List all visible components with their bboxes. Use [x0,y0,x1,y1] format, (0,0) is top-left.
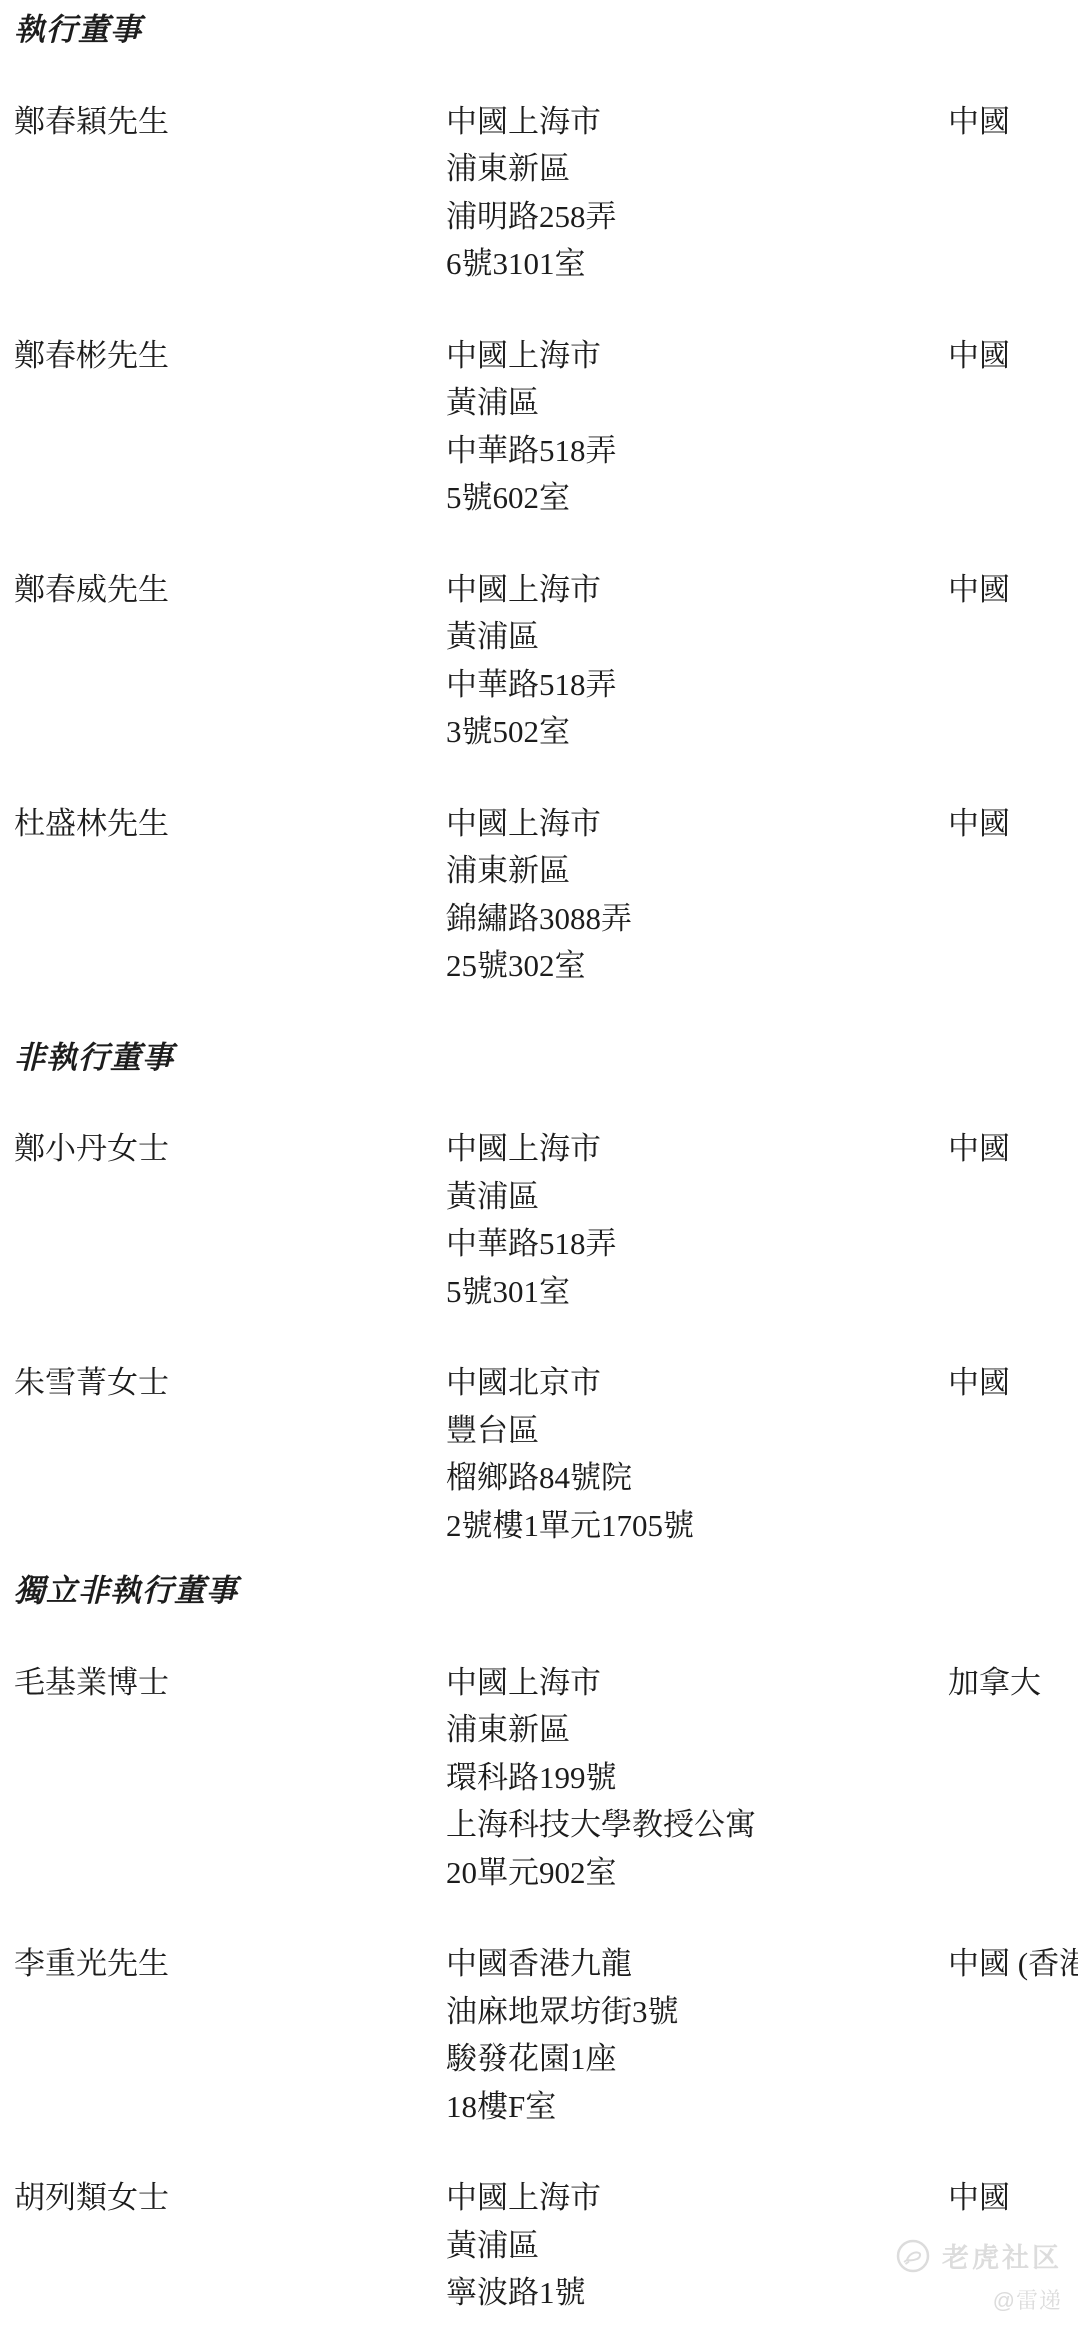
director-name: 鄭春彬先生 [14,332,446,380]
director-nationality: 中國 [948,1125,1078,1173]
director-address: 中國上海市浦東新區錦繡路3088弄25號302室 [446,800,948,990]
address-line: 中華路518弄 [446,661,948,709]
director-name: 鄭春威先生 [14,566,446,614]
director-nationality: 中國 [948,566,1078,614]
address-line: 浦東新區 [446,847,948,895]
director-row: 朱雪菁女士 中國北京市豐台區榴鄉路84號院2號樓1單元1705號 中國 [14,1359,1078,1549]
address-line: 中國上海市 [446,1659,948,1707]
address-line: 中國上海市 [446,2174,948,2222]
address-line: 5號301室 [446,1268,948,1316]
address-line: 黃浦區 [446,613,948,661]
director-row: 李重光先生 中國香港九龍油麻地眾坊街3號駿發花園1座18樓F室 中國 (香港 [14,1940,1078,2130]
director-nationality: 加拿大 [948,1659,1078,1707]
section-rows: 鄭小丹女士 中國上海市黃浦區中華路518弄5號301室 中國 朱雪菁女士 中國北… [14,1125,1078,1549]
section-title: 非執行董事 [14,1034,1078,1082]
address-line: 6號3101室 [446,240,948,288]
address-line: 中國香港九龍 [446,1940,948,1988]
address-line: 錦繡路3088弄 [446,895,948,943]
address-line: 25號302室 [446,942,948,990]
director-address: 中國上海市黃浦區寧波路1號 [446,2174,948,2317]
watermark-brand: 老虎社区 [942,2236,1062,2275]
address-line: 5號602室 [446,474,948,522]
tiger-logo-icon [896,2239,930,2273]
address-line: 20單元902室 [446,1849,948,1897]
watermark-row: 老虎社区 [896,2236,1062,2275]
director-nationality: 中國 [948,1359,1078,1407]
director-name: 毛基業博士 [14,1659,446,1707]
director-name: 鄭小丹女士 [14,1125,446,1173]
address-line: 中華路518弄 [446,427,948,475]
address-line: 中國上海市 [446,800,948,848]
address-line: 浦東新區 [446,1706,948,1754]
address-line: 中國上海市 [446,1125,948,1173]
director-row: 鄭春穎先生 中國上海市浦東新區浦明路258弄6號3101室 中國 [14,98,1078,288]
address-line: 中華路518弄 [446,1220,948,1268]
address-line: 浦明路258弄 [446,193,948,241]
director-row: 鄭春彬先生 中國上海市黃浦區中華路518弄5號602室 中國 [14,332,1078,522]
director-address: 中國北京市豐台區榴鄉路84號院2號樓1單元1705號 [446,1359,948,1549]
director-address: 中國上海市浦東新區環科路199號上海科技大學教授公寓20單元902室 [446,1659,948,1897]
director-address: 中國上海市浦東新區浦明路258弄6號3101室 [446,98,948,288]
address-line: 黃浦區 [446,2222,948,2270]
director-section: 非執行董事 鄭小丹女士 中國上海市黃浦區中華路518弄5號301室 中國 朱雪菁… [14,1034,1078,1550]
section-rows: 鄭春穎先生 中國上海市浦東新區浦明路258弄6號3101室 中國 鄭春彬先生 中… [14,98,1078,990]
address-line: 浦東新區 [446,145,948,193]
address-line: 油麻地眾坊街3號 [446,1988,948,2036]
address-line: 2號樓1單元1705號 [446,1502,948,1550]
director-row: 鄭春威先生 中國上海市黃浦區中華路518弄3號502室 中國 [14,566,1078,756]
director-nationality: 中國 [948,332,1078,380]
director-nationality: 中國 [948,98,1078,146]
director-nationality: 中國 (香港 [948,1940,1078,1988]
director-nationality: 中國 [948,800,1078,848]
watermark-handle: @雷递 [896,2284,1062,2315]
address-line: 18樓F室 [446,2083,948,2131]
director-address: 中國上海市黃浦區中華路518弄3號502室 [446,566,948,756]
address-line: 黃浦區 [446,1173,948,1221]
address-line: 環科路199號 [446,1754,948,1802]
director-address: 中國上海市黃浦區中華路518弄5號301室 [446,1125,948,1315]
director-address: 中國上海市黃浦區中華路518弄5號602室 [446,332,948,522]
address-line: 寧波路1號 [446,2269,948,2317]
section-rows: 毛基業博士 中國上海市浦東新區環科路199號上海科技大學教授公寓20單元902室… [14,1659,1078,2317]
director-name: 杜盛林先生 [14,800,446,848]
address-line: 中國上海市 [446,98,948,146]
directors-document: 執行董事 鄭春穎先生 中國上海市浦東新區浦明路258弄6號3101室 中國 鄭春… [0,0,1078,2317]
director-name: 朱雪菁女士 [14,1359,446,1407]
director-address: 中國香港九龍油麻地眾坊街3號駿發花園1座18樓F室 [446,1940,948,2130]
director-row: 鄭小丹女士 中國上海市黃浦區中華路518弄5號301室 中國 [14,1125,1078,1315]
watermark: 老虎社区 @雷递 [896,2236,1062,2315]
director-name: 李重光先生 [14,1940,446,1988]
address-line: 3號502室 [446,708,948,756]
director-section: 執行董事 鄭春穎先生 中國上海市浦東新區浦明路258弄6號3101室 中國 鄭春… [14,6,1078,990]
director-name: 胡列類女士 [14,2174,446,2222]
director-row: 杜盛林先生 中國上海市浦東新區錦繡路3088弄25號302室 中國 [14,800,1078,990]
director-name: 鄭春穎先生 [14,98,446,146]
address-line: 中國上海市 [446,566,948,614]
address-line: 榴鄉路84號院 [446,1454,948,1502]
director-nationality: 中國 [948,2174,1078,2222]
section-title: 獨立非執行董事 [14,1567,1078,1615]
address-line: 黃浦區 [446,379,948,427]
section-title: 執行董事 [14,6,1078,54]
address-line: 中國北京市 [446,1359,948,1407]
address-line: 中國上海市 [446,332,948,380]
address-line: 豐台區 [446,1407,948,1455]
director-section: 獨立非執行董事 毛基業博士 中國上海市浦東新區環科路199號上海科技大學教授公寓… [14,1567,1078,2317]
address-line: 上海科技大學教授公寓 [446,1801,948,1849]
address-line: 駿發花園1座 [446,2035,948,2083]
director-row: 毛基業博士 中國上海市浦東新區環科路199號上海科技大學教授公寓20單元902室… [14,1659,1078,1897]
